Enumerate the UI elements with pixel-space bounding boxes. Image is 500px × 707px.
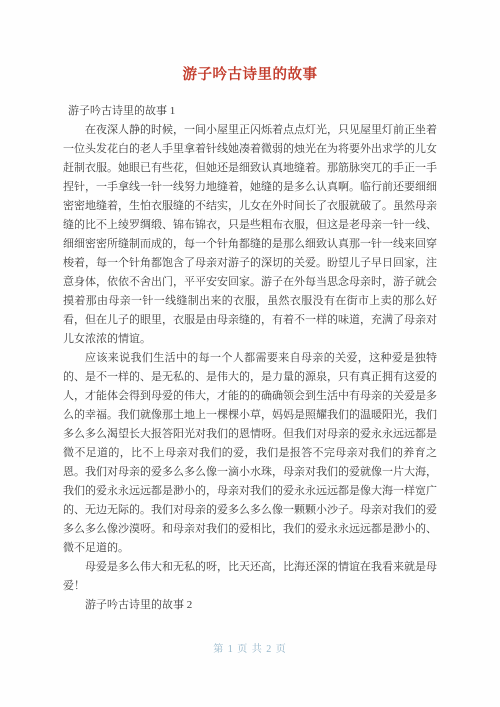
paragraph-3: 母爱是多么伟大和无私的呀，比天还高，比海还深的情谊在我看来就是母爱！ bbox=[63, 558, 437, 596]
document-page: 游子吟古诗里的故事 游子吟古诗里的故事 1 在夜深人静的时候，一间小屋里正闪烁着… bbox=[0, 0, 500, 707]
document-body: 游子吟古诗里的故事 1 在夜深人静的时候，一间小屋里正闪烁着点点灯光，只见屋里灯… bbox=[63, 102, 437, 615]
paragraph-2: 应该来说我们生活中的每一个人都需要来自母亲的关爱，这种爱是独特的、是不一样的、是… bbox=[63, 349, 437, 558]
document-title: 游子吟古诗里的故事 bbox=[63, 64, 437, 86]
section-heading-1: 游子吟古诗里的故事 1 bbox=[63, 102, 437, 121]
paragraph-1: 在夜深人静的时候，一间小屋里正闪烁着点点灯光，只见屋里灯前正坐着一位头发花白的老… bbox=[63, 121, 437, 349]
page-number-footer: 第 1 页 共 2 页 bbox=[63, 643, 437, 657]
section-heading-2: 游子吟古诗里的故事 2 bbox=[63, 596, 437, 615]
